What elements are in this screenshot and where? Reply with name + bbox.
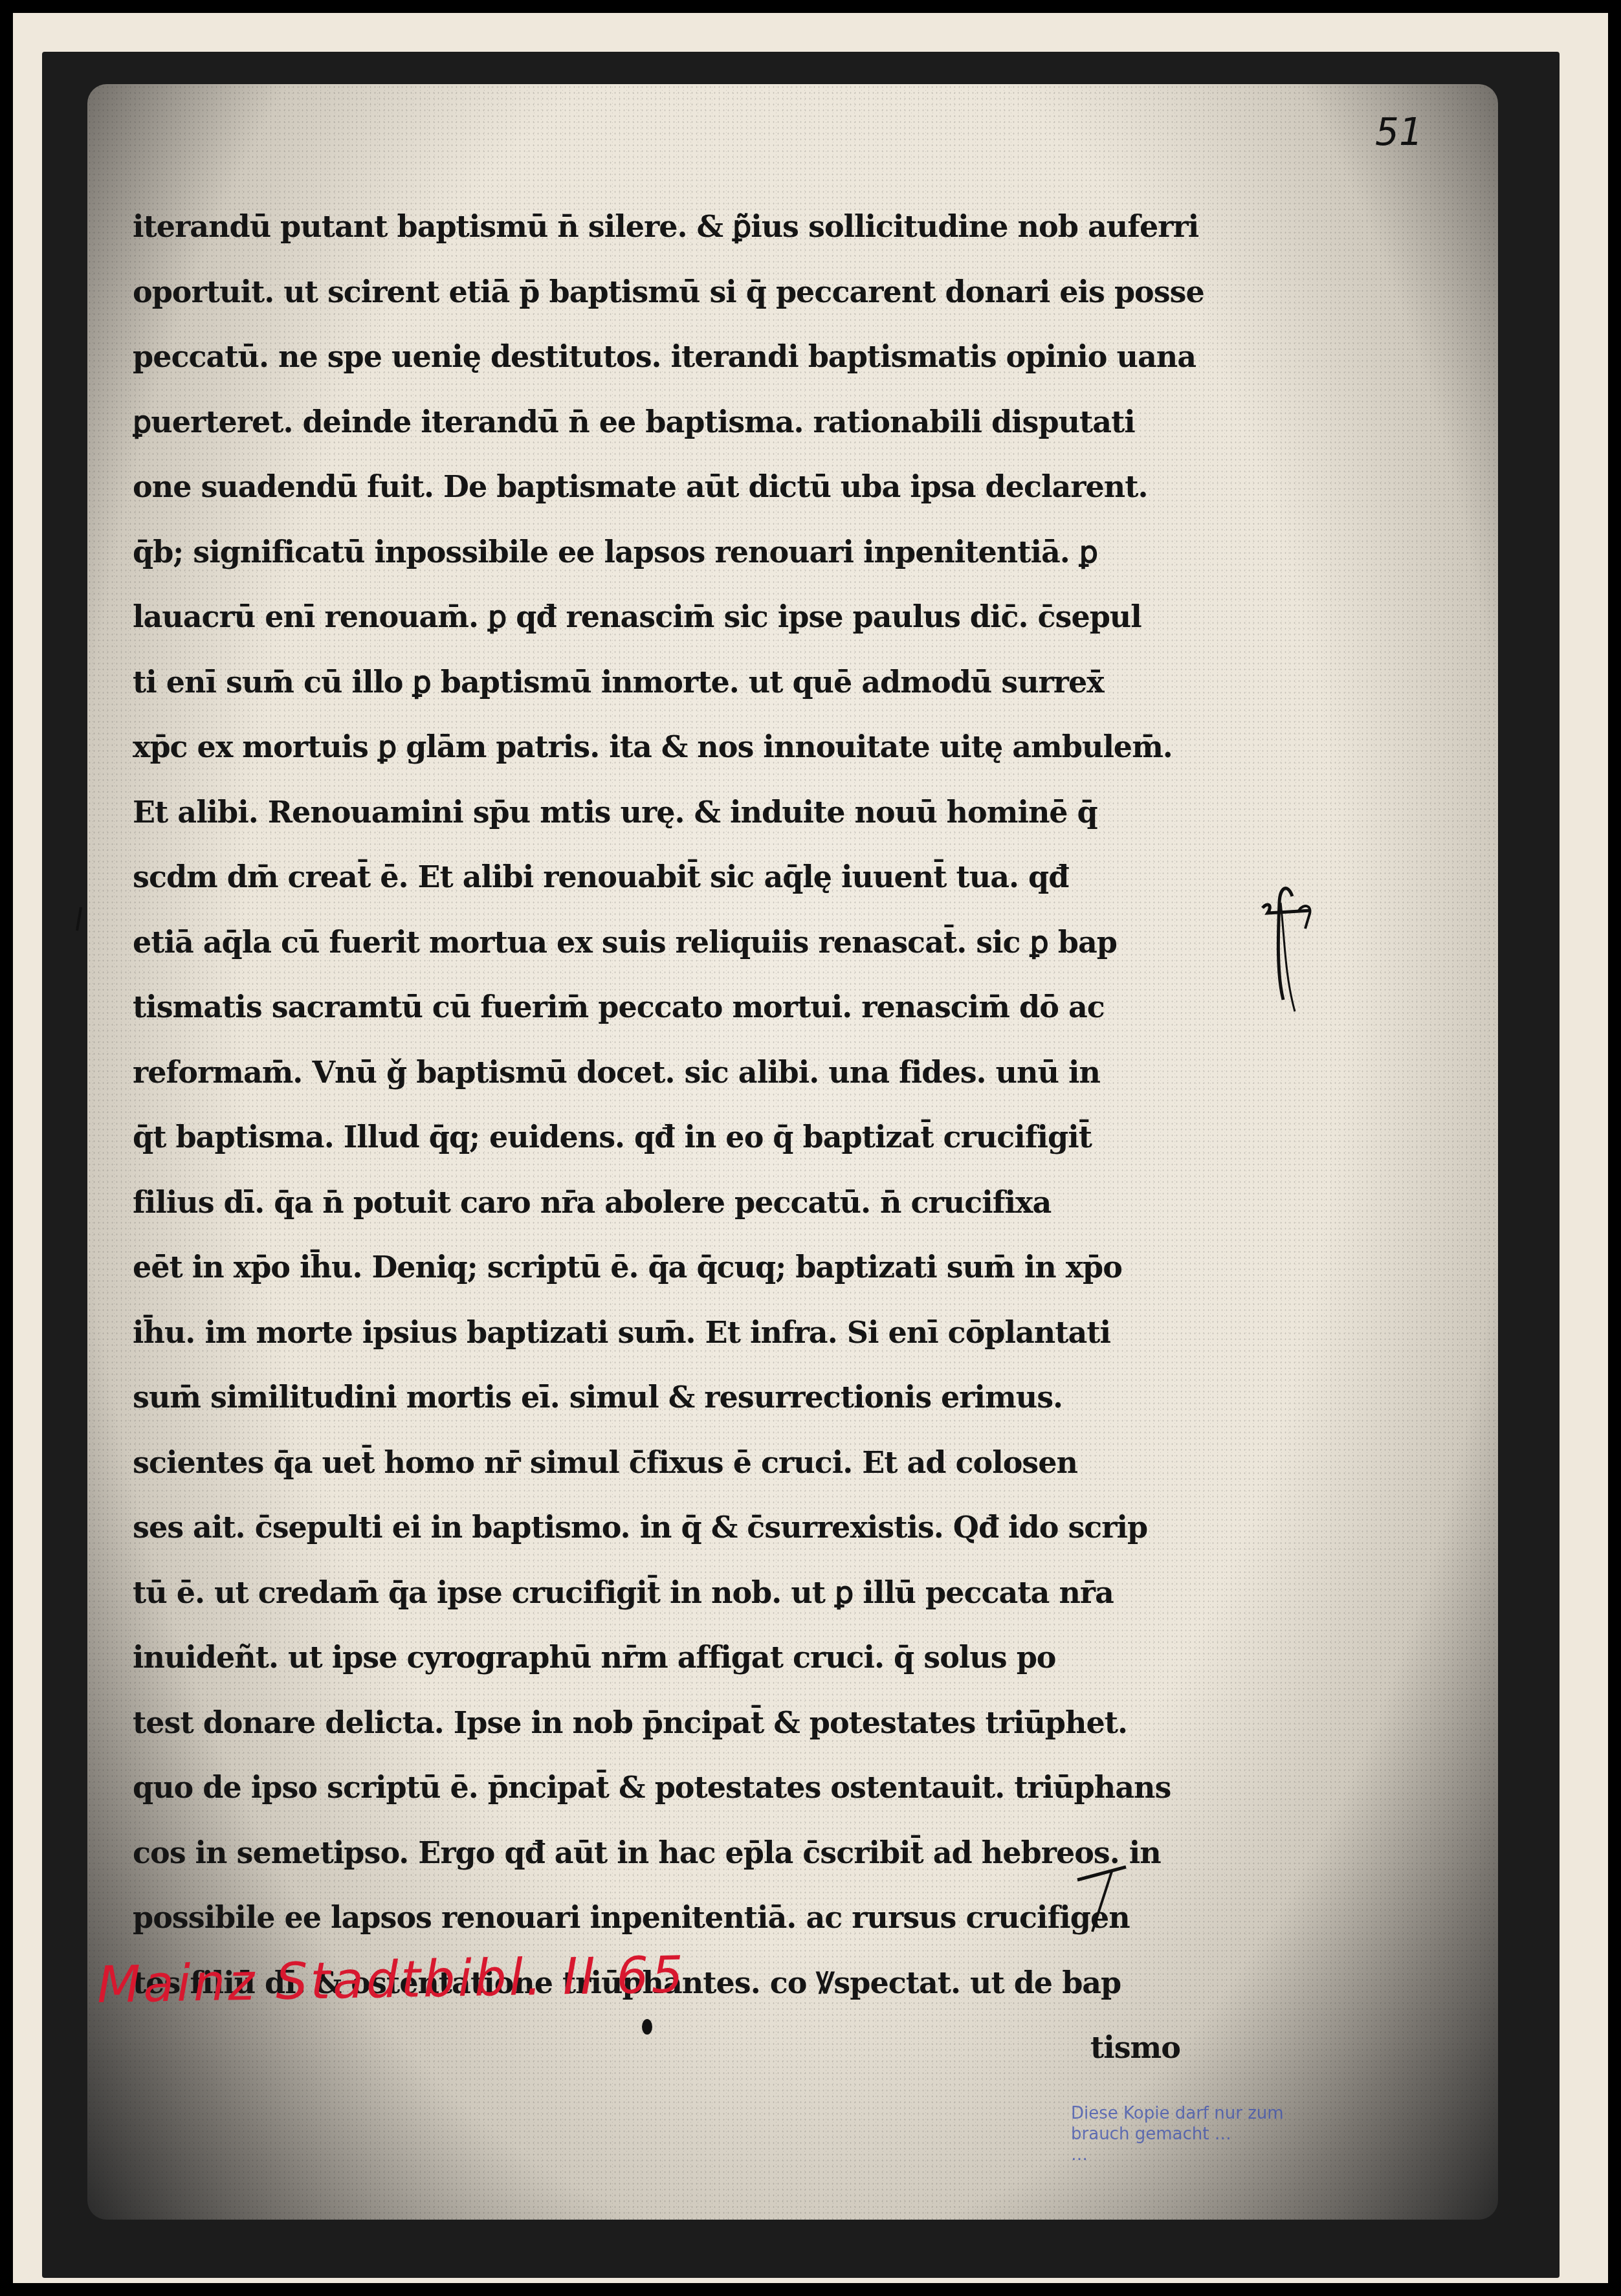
manuscript-line: test donare delicta. Ipse in nob p̄ncipa… [133,1690,1297,1756]
manuscript-line: peccatū. ne spe uenię destitutos. iteran… [133,324,1297,390]
manuscript-line: q̄b; significatū inpossibile ee lapsos r… [133,520,1297,585]
manuscript-line: one suadendū fuit. De baptismate aūt dic… [133,454,1297,520]
folio-number: 51 [1375,110,1423,154]
shelfmark-annotation: Mainz Stadtbibl. II 65 [96,1946,686,2015]
runover-mark-icon [1074,1864,1132,1935]
stamp-line: Diese Kopie darf nur zum [1071,2103,1284,2124]
manuscript-text: iterandū putant baptismū n̄ silere. & ꝑ̃… [133,194,1297,2081]
manuscript-line: iterandū putant baptismū n̄ silere. & ꝑ̃… [133,194,1297,259]
manuscript-line: scientes q̄a uet̄ homo nr̄ simul c̄fixus… [133,1430,1297,1496]
stamp-line: brauch gemacht … [1071,2124,1284,2145]
manuscript-line-runover: tismo [133,2015,1297,2081]
manuscript-line: tū ē. ut credam̄ q̄a ipse crucifigit̄ in… [133,1560,1297,1626]
copy-restriction-stamp: Diese Kopie darf nur zum brauch gemacht … [1071,2103,1284,2165]
manuscript-line: xp̄c ex mortuis ꝑ glām patris. ita & nos… [133,714,1297,780]
manuscript-line: eēt in xp̄o ih̄u. Deniq; scriptū ē. q̄a … [133,1235,1297,1300]
manuscript-line: ih̄u. im morte ipsius baptizati sum̄. Et… [133,1300,1297,1365]
manuscript-line: ti enī sum̄ cū illo ꝑ baptismū inmorte. … [133,650,1297,715]
manuscript-line: ses ait. c̄sepulti ei in baptismo. in q̄… [133,1495,1297,1560]
manuscript-line: tismatis sacramtū cū fuerim̄ peccato mor… [133,975,1297,1040]
margin-tick-icon [74,906,83,932]
manuscript-line: inuideñt. ut ipse cyrographū nr̄m affiga… [133,1625,1297,1690]
stamp-line: … [1071,2145,1284,2165]
manuscript-line: q̄t baptisma. Illud q̄q; euidens. qđ in … [133,1105,1297,1170]
manuscript-line: reformam̄. Vnū ǧ baptismū docet. sic ali… [133,1040,1297,1105]
manuscript-line: filius dī. q̄a n̄ potuit caro nr̄a abole… [133,1170,1297,1235]
ink-blot [642,2019,652,2035]
manuscript-line: sum̄ similitudini mortis eī. simul & res… [133,1365,1297,1430]
manuscript-line: ꝑuerteret. deinde iterandū n̄ ee baptism… [133,390,1297,455]
manuscript-line: Et alibi. Renouamini sp̄u mtis urę. & in… [133,780,1297,845]
manuscript-line: scdm dm̄ creat̄ ē. Et alibi renouabit̄ s… [133,844,1297,910]
manuscript-line: lauacrū enī renouam̄. ꝑ qđ renascim̄ sic… [133,584,1297,650]
manuscript-line: oportuit. ut scirent etiā p̄ baptismū si… [133,259,1297,325]
margin-bracket-icon [1278,903,1297,1013]
manuscript-line: quo de ipso scriptū ē. p̄ncipat̄ & potes… [133,1755,1297,1820]
manuscript-line: etiā aq̄la cū fuerit mortua ex suis reli… [133,910,1297,975]
